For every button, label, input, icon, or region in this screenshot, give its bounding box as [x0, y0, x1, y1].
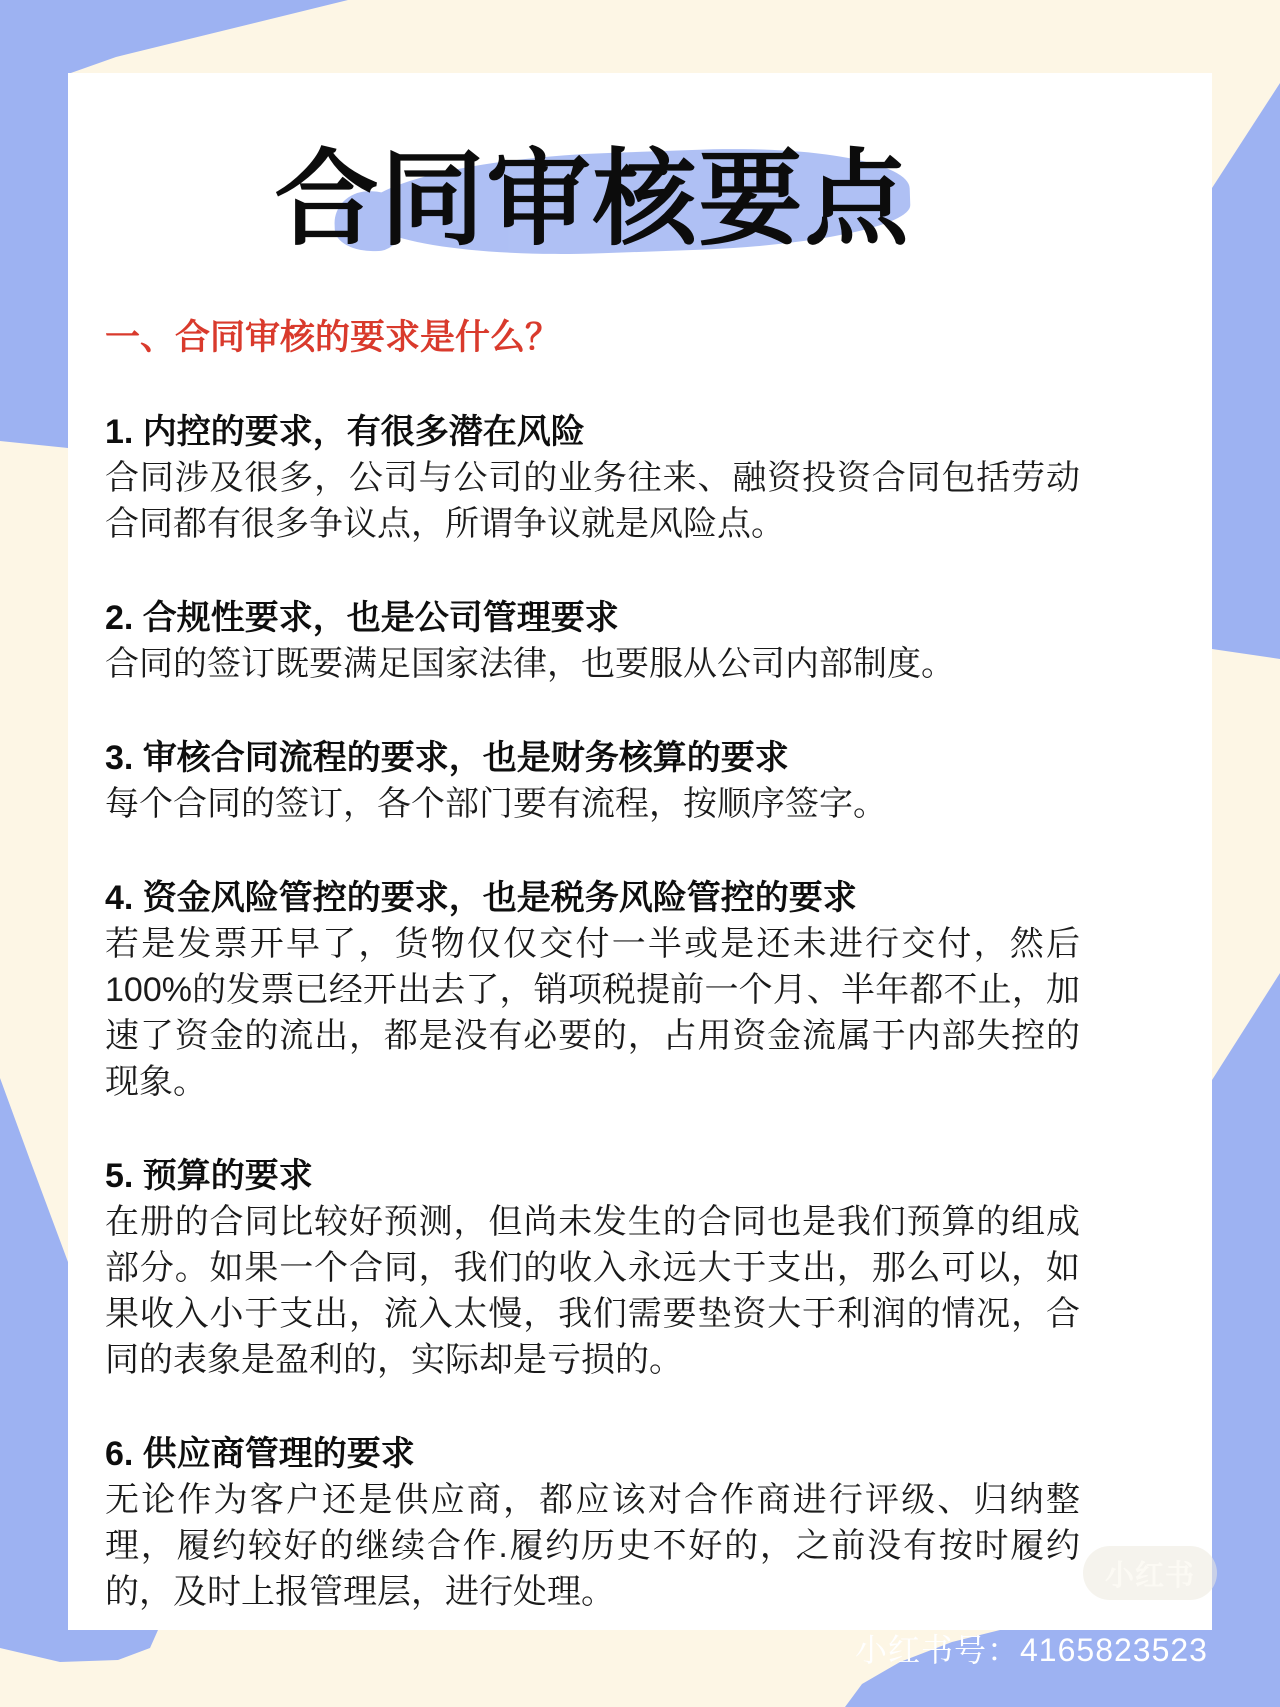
page-title: 合同审核要点 [105, 128, 1080, 273]
section-5: 5. 预算的要求 在册的合同比较好预测，但尚未发生的合同也是我们预算的组成部分。… [105, 1153, 1080, 1383]
section-3: 3. 审核合同流程的要求，也是财务核算的要求 每个合同的签订，各个部门要有流程，… [105, 735, 1080, 827]
section-1: 1. 内控的要求，有很多潜在风险 合同涉及很多，公司与公司的业务往来、融资投资合… [105, 409, 1080, 547]
section-4-body: 若是发票开早了，货物仅仅交付一半或是还未进行交付，然后100%的发票已经开出去了… [105, 921, 1080, 1105]
section-4-heading: 4. 资金风险管控的要求，也是税务风险管控的要求 [105, 875, 1080, 921]
title-block: 合同审核要点 [105, 128, 1080, 273]
section-2: 2. 合规性要求，也是公司管理要求 合同的签订既要满足国家法律，也要服从公司内部… [105, 595, 1080, 687]
section-5-heading: 5. 预算的要求 [105, 1153, 1080, 1199]
content-card: 合同审核要点 一、合同审核的要求是什么？ 1. 内控的要求，有很多潜在风险 合同… [68, 73, 1212, 1630]
section-6-body: 无论作为客户还是供应商，都应该对合作商进行评级、归纳整理，履约较好的继续合作.履… [105, 1477, 1080, 1615]
section-1-heading: 1. 内控的要求，有很多潜在风险 [105, 409, 1080, 455]
section-6: 6. 供应商管理的要求 无论作为客户还是供应商，都应该对合作商进行评级、归纳整理… [105, 1431, 1080, 1615]
section-2-heading: 2. 合规性要求，也是公司管理要求 [105, 595, 1080, 641]
xiaohongshu-account-id: 小红书号：4165823523 [855, 1632, 1208, 1668]
section-2-body: 合同的签订既要满足国家法律，也要服从公司内部制度。 [105, 641, 1080, 687]
xiaohongshu-watermark-badge: 小红书 [1083, 1546, 1217, 1600]
section-3-body: 每个合同的签订，各个部门要有流程，按顺序签字。 [105, 781, 1080, 827]
card-content: 合同审核要点 一、合同审核的要求是什么？ 1. 内控的要求，有很多潜在风险 合同… [105, 73, 1080, 1615]
question-heading: 一、合同审核的要求是什么？ [105, 315, 1080, 361]
section-5-body: 在册的合同比较好预测，但尚未发生的合同也是我们预算的组成部分。如果一个合同，我们… [105, 1199, 1080, 1383]
section-6-heading: 6. 供应商管理的要求 [105, 1431, 1080, 1477]
xiaohongshu-post-image: { "page": { "title": "合同审核要点", "red_head… [0, 0, 1280, 1707]
section-4: 4. 资金风险管控的要求，也是税务风险管控的要求 若是发票开早了，货物仅仅交付一… [105, 875, 1080, 1105]
section-3-heading: 3. 审核合同流程的要求，也是财务核算的要求 [105, 735, 1080, 781]
section-1-body: 合同涉及很多，公司与公司的业务往来、融资投资合同包括劳动合同都有很多争议点，所谓… [105, 455, 1080, 547]
